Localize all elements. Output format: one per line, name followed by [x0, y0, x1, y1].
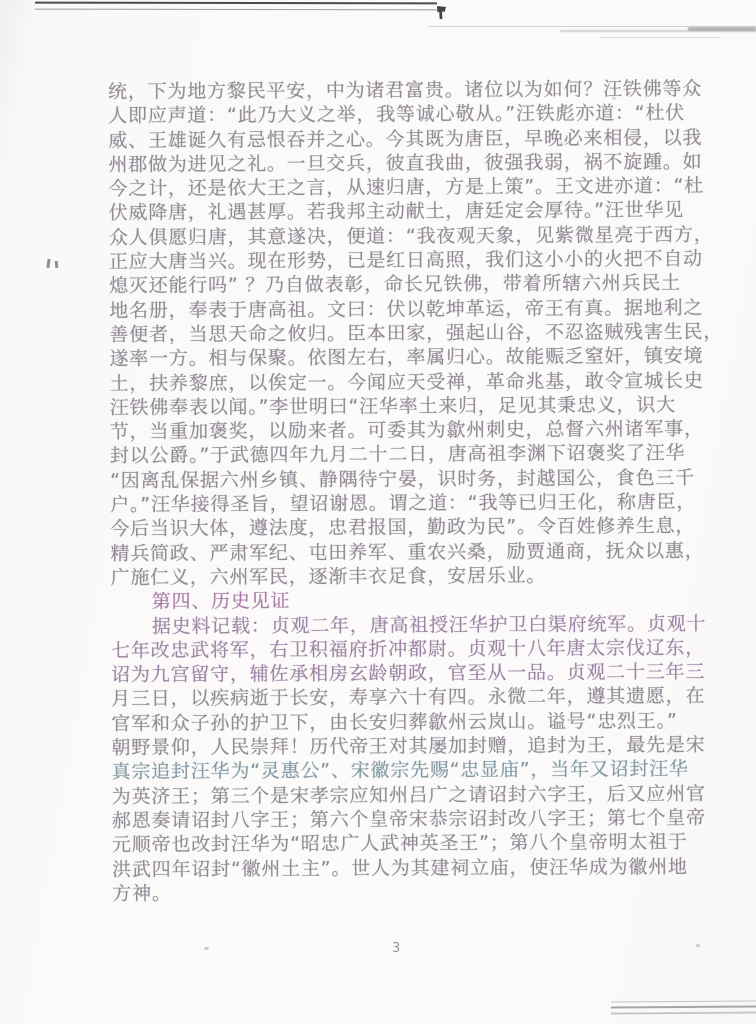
scan-artifact-margin-mark	[55, 261, 59, 268]
scan-artifact-top-streak	[600, 37, 720, 38]
scan-artifact-top-edge-line	[35, 2, 437, 11]
text-line: 郝恩奏请诏封八字王；第六个皇帝宋恭宗诏封改八字王；第七个皇帝	[112, 806, 702, 833]
text-line: 朝野景仰，人民崇拜！历代帝王对其屡加封赠，追封为王，最先是宋	[111, 733, 701, 760]
text-line: 元顺帝也改封汪华为“昭忠广人武神英圣王”；第八个皇帝明太祖于	[112, 830, 702, 857]
text-line: 州郡做为进见之礼。一旦交兵，彼直我曲，彼强我弱，祸不旋踵。如	[108, 150, 698, 177]
text-line: 汪铁佛奉表以闻。”李世明曰“汪华率土来归，足见其秉忠义，识大	[110, 393, 700, 420]
scan-artifact-top-streak	[428, 26, 756, 27]
text-line: 遂率一方。相与保聚。依图左右，率属归心。故能赈乏窒奸，镇安境	[109, 344, 699, 371]
text-line: 众人俱愿归唐，其意遂决，便道：“我夜观天象，见紫微星亮于西方，	[109, 223, 699, 250]
text-line: 户。”汪华接得圣旨，望诏谢恩。谓之道：“我等已归王化，称唐臣，	[110, 490, 700, 517]
text-line: 七年改忠武将军，右卫积福府折冲都尉。贞观十八年唐太宗伐辽东，	[111, 636, 701, 663]
text-line: 节，当重加褒奖，以励来者。可委其为歙州刺史，总督六州诸军事，	[110, 417, 700, 444]
text-line: 威、王雄诞久有忌恨吞并之心。今其既为唐臣，早晚必来相侵，以我	[108, 126, 698, 153]
text-line: 为英济王；第三个是宋孝宗应知州吕广之请诏封六字王，后又应州官	[112, 782, 702, 809]
text-line: 伏威降唐，礼遇甚厚。若我邦主动献土，唐廷定会厚待。”汪世华见	[109, 198, 699, 225]
text-line: 官军和众子孙的护卫下，由长安归葬歙州云岚山。谥号“忠烈王。”	[111, 709, 701, 736]
text-line: 正应大唐当兴。现在形势，已是红日高照，我们这小小的火把不自动	[109, 247, 699, 274]
page-number: 3	[392, 941, 401, 956]
text-line: 月三日，以疾病逝于长安，寿享六十有四。永微二年，遵其遗愿，在	[111, 684, 701, 711]
text-line: 方神。	[112, 879, 702, 906]
text-line: 善便者，当思天命之攸归。臣本田家，强起山谷，不忍盗贼残害生民，	[109, 320, 699, 347]
text-line: “因离乱保据六州乡镇、静隅待宁晏，识时务，封越国公，食色三千	[110, 466, 700, 493]
text-line: 广施仁义，六州军民，逐渐丰衣足食，安居乐业。	[111, 563, 701, 590]
text-line: 真宗追封汪华为“灵惠公”、宋徽宗先赐“忠显庙”，当年又诏封汪华	[112, 757, 702, 784]
text-line: 土，扶养黎庶，以俟定一。今闻应天受禅，革命兆基，敢令宣城长史	[110, 368, 700, 395]
section-heading: 第四、历史见证	[111, 587, 701, 614]
text-line: 诏为九宫留守，辅佐承相房玄龄朝政，官至从一品。贞观二十三年三	[111, 660, 701, 687]
text-line: 人即应声道：“此乃大义之举，我等诚心敬从。”汪铁彪亦道：“杜伏	[108, 101, 698, 128]
text-line: 熄灭还能行吗” ？乃自做表彰，命长兄铁佛，带着所辖六州兵民土	[109, 271, 699, 298]
scan-artifact-bottom-lines	[611, 1000, 756, 1016]
text-line: 洪武四年诏封“徽州土主”。世人为其建祠立庙，使汪华成为徽州地	[112, 854, 702, 881]
text-line: 今之计，还是依大王之言，从速归唐，方是上策”。王文进亦道：“杜	[109, 174, 699, 201]
text-line: 今后当识大体，遵法度，忠君报国，勤政为民”。令百姓修养生息，	[110, 514, 700, 541]
scan-artifact-top-ink-blob	[437, 6, 446, 19]
document-page: 统，下为地方黎民平安，中为诸君富贵。诸位以为如何？汪铁佛等众人即应声道：“此乃大…	[0, 0, 756, 1024]
scan-artifact-top-streak	[560, 30, 756, 32]
text-line: 统，下为地方黎民平安，中为诸君富贵。诸位以为如何？汪铁佛等众	[108, 77, 698, 104]
scan-artifact-top-streak	[688, 27, 756, 31]
text-line: 精兵简政、严肃军纪、屯田养军、重农兴桑，励贾通商，抚众以惠，	[110, 539, 700, 566]
scan-artifact-margin-mark	[46, 259, 50, 268]
scan-artifact-speck	[204, 947, 209, 950]
scan-artifact-speck	[696, 944, 700, 947]
text-line: 地名册，奉表于唐高祖。文曰：伏以乾坤革运，帝王有真。据地利之	[109, 296, 699, 323]
text-body: 统，下为地方黎民平安，中为诸君富贵。诸位以为如何？汪铁佛等众人即应声道：“此乃大…	[108, 77, 702, 906]
text-line: 据史料记载：贞观二年，唐高祖授汪华护卫白渠府统军。贞观十	[111, 611, 701, 638]
text-line: 封以公爵。”于武德四年九月二十二日，唐高祖李渊下诏褒奖了汪华	[110, 441, 700, 468]
